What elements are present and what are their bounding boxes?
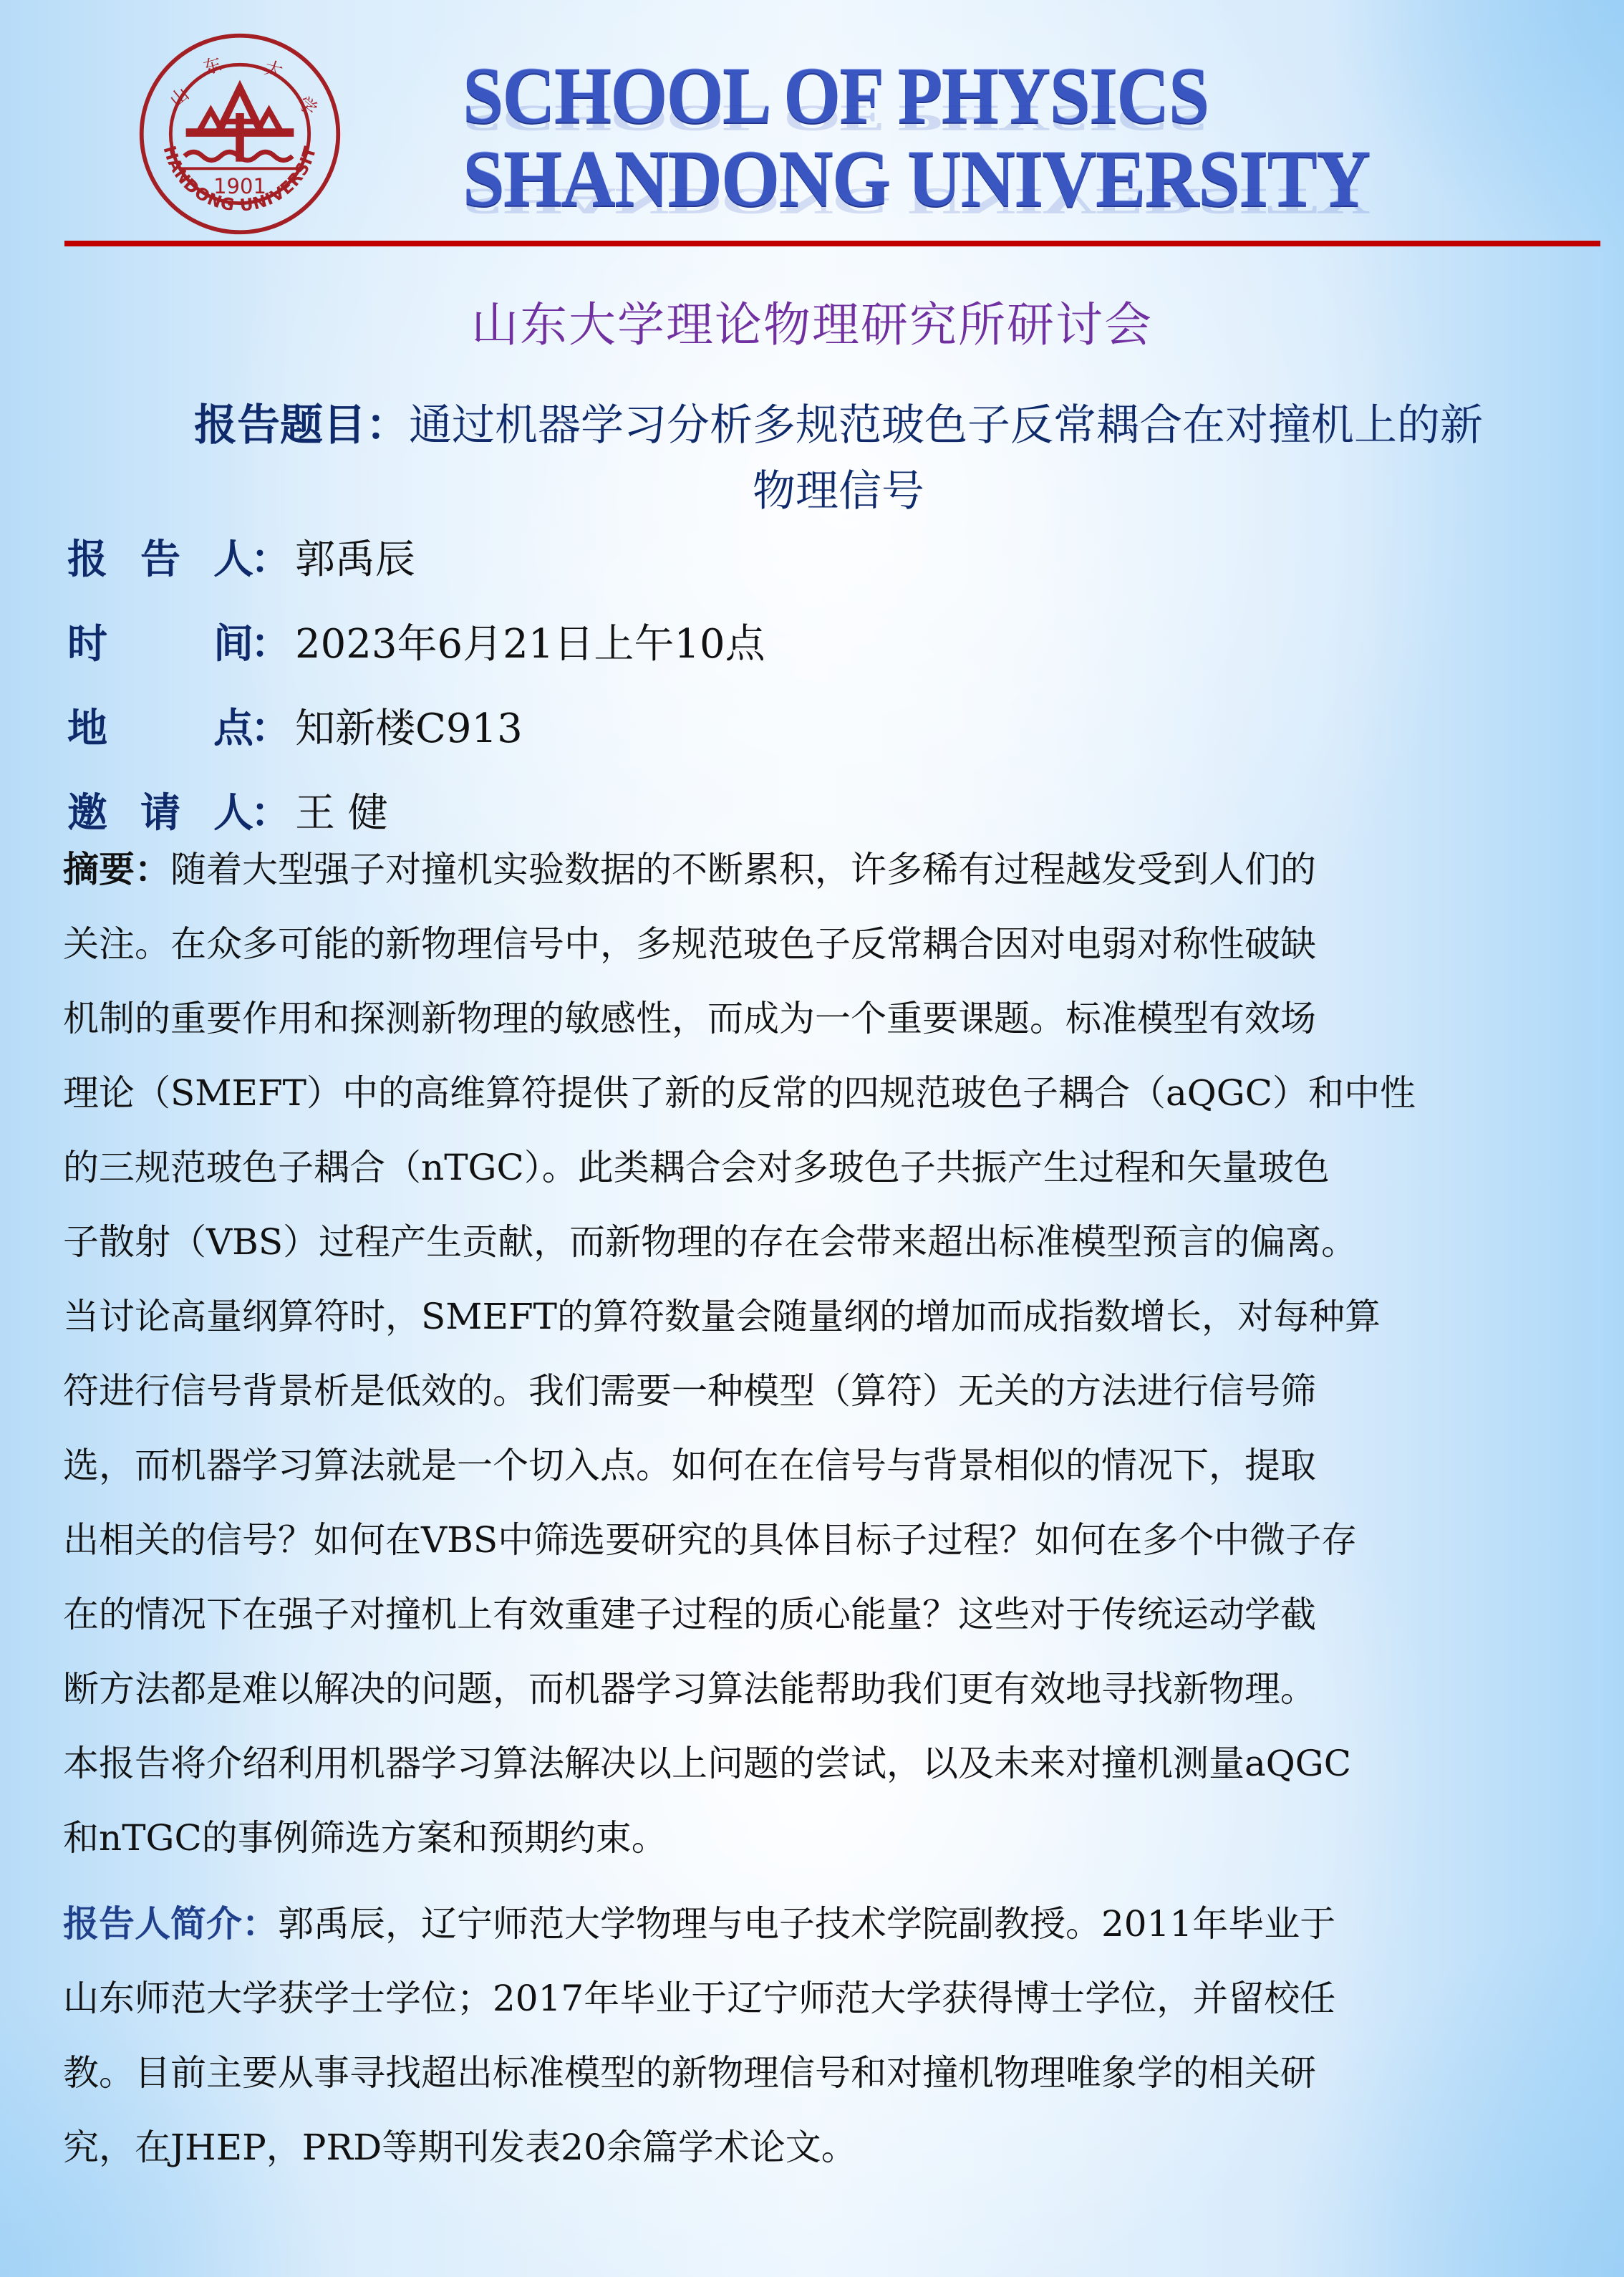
abstract-line: 选，而机器学习算法就是一个切入点。如何在在信号与背景相似的情况下，提取 (63, 1428, 1567, 1503)
abstract-line: 断方法都是难以解决的问题，而机器学习算法能帮助我们更有效地寻找新物理。 (63, 1652, 1567, 1726)
talk-title: 报告题目：通过机器学习分析多规范玻色子反常耦合在对撞机上的新 物理信号 (62, 393, 1615, 524)
info-row-location: 地点 ： 知新楼C913 (67, 683, 765, 768)
info-row-speaker: 报告人 ： 郭禹辰 (67, 514, 765, 599)
info-row-time: 时间 ： 2023年6月21日上午10点 (67, 599, 765, 683)
bio-line: 究，在JHEP，PRD等期刊发表20余篇学术论文。 (63, 2110, 1567, 2185)
talk-info: 报告人 ： 郭禹辰 时间 ： 2023年6月21日上午10点 地点 ： 知新楼C… (67, 514, 765, 852)
abstract-line: 子散射（VBS）过程产生贡献，而新物理的存在会带来超出标准模型预言的偏离。 (63, 1205, 1567, 1279)
abstract-line: 机制的重要作用和探测新物理的敏感性，而成为一个重要课题。标准模型有效场 (63, 981, 1567, 1056)
abstract-line: 摘要：随着大型强子对撞机实验数据的不断累积，许多稀有过程越发受到人们的 (63, 832, 1567, 907)
abstract-line: 的三规范玻色子耦合（nTGC）。此类耦合会对多玻色子共振产生过程和矢量玻色 (63, 1130, 1567, 1205)
abstract-line: 和nTGC的事例筛选方案和预期约束。 (63, 1801, 1567, 1875)
abstract-line: 在的情况下在强子对撞机上有效重建子过程的质心能量？这些对于传统运动学截 (63, 1577, 1567, 1652)
talk-title-text-1: 通过机器学习分析多规范玻色子反常耦合在对撞机上的新 (409, 400, 1483, 451)
speaker-value: 郭禹辰 (295, 528, 415, 585)
bio-line: 山东师范大学获学士学位；2017年毕业于辽宁师范大学获得博士学位，并留校任 (63, 1961, 1567, 2036)
location-label: 地点 (67, 697, 253, 754)
header-divider (64, 241, 1600, 246)
bio-line: 报告人简介：郭禹辰，辽宁师范大学物理与电子技术学院副教授。2011年毕业于 (63, 1887, 1567, 1961)
location-value: 知新楼C913 (295, 697, 523, 754)
speaker-bio: 报告人简介：郭禹辰，辽宁师范大学物理与电子技术学院副教授。2011年毕业于 山东… (63, 1887, 1567, 2185)
abstract-label: 摘要： (63, 849, 170, 890)
time-label: 时间 (67, 612, 253, 670)
abstract-line: 符进行信号背景析是低效的。我们需要一种模型（算符）无关的方法进行信号筛 (63, 1354, 1567, 1428)
shandong-university-logo: 山 东 大 学 1901 SHANDONG UNIVERSITY (136, 30, 344, 238)
abstract-line: 本报告将介绍利用机器学习算法解决以上问题的尝试，以及未来对撞机测量aQGC (63, 1726, 1567, 1801)
host-label: 邀请人 (67, 781, 253, 839)
school-title-line-1: SCHOOL OF PHYSICS SCHOOL OF PHYSICS (463, 56, 1345, 136)
abstract: 摘要：随着大型强子对撞机实验数据的不断累积，许多稀有过程越发受到人们的 关注。在… (63, 832, 1567, 1875)
bio-line: 教。目前主要从事寻找超出标准模型的新物理信号和对撞机物理唯象学的相关研 (63, 2036, 1567, 2110)
abstract-line: 当讨论高量纲算符时，SMEFT的算符数量会随量纲的增加而成指数增长，对每种算 (63, 1279, 1567, 1354)
talk-title-label: 报告题目： (194, 400, 409, 451)
talk-title-line-1: 报告题目：通过机器学习分析多规范玻色子反常耦合在对撞机上的新 (62, 393, 1615, 458)
abstract-line: 出相关的信号？如何在VBS中筛选要研究的具体目标子过程？如何在多个中微子存 (63, 1503, 1567, 1577)
host-value: 王 健 (295, 781, 388, 839)
abstract-line: 关注。在众多可能的新物理信号中，多规范玻色子反常耦合因对电弱对称性破缺 (63, 907, 1567, 981)
abstract-line: 理论（SMEFT）中的高维算符提供了新的反常的四规范玻色子耦合（aQGC）和中性 (63, 1056, 1567, 1130)
time-value: 2023年6月21日上午10点 (295, 612, 765, 670)
school-title: SCHOOL OF PHYSICS SCHOOL OF PHYSICS SHAN… (463, 56, 1422, 219)
school-title-line-2: SHANDONG UNIVERSITY SHANDONG UNIVERSITY (463, 139, 1370, 219)
seminar-title: 山东大学理论物理研究所研讨会 (0, 287, 1624, 355)
speaker-label: 报告人 (67, 528, 253, 585)
bio-label: 报告人简介： (63, 1903, 278, 1945)
